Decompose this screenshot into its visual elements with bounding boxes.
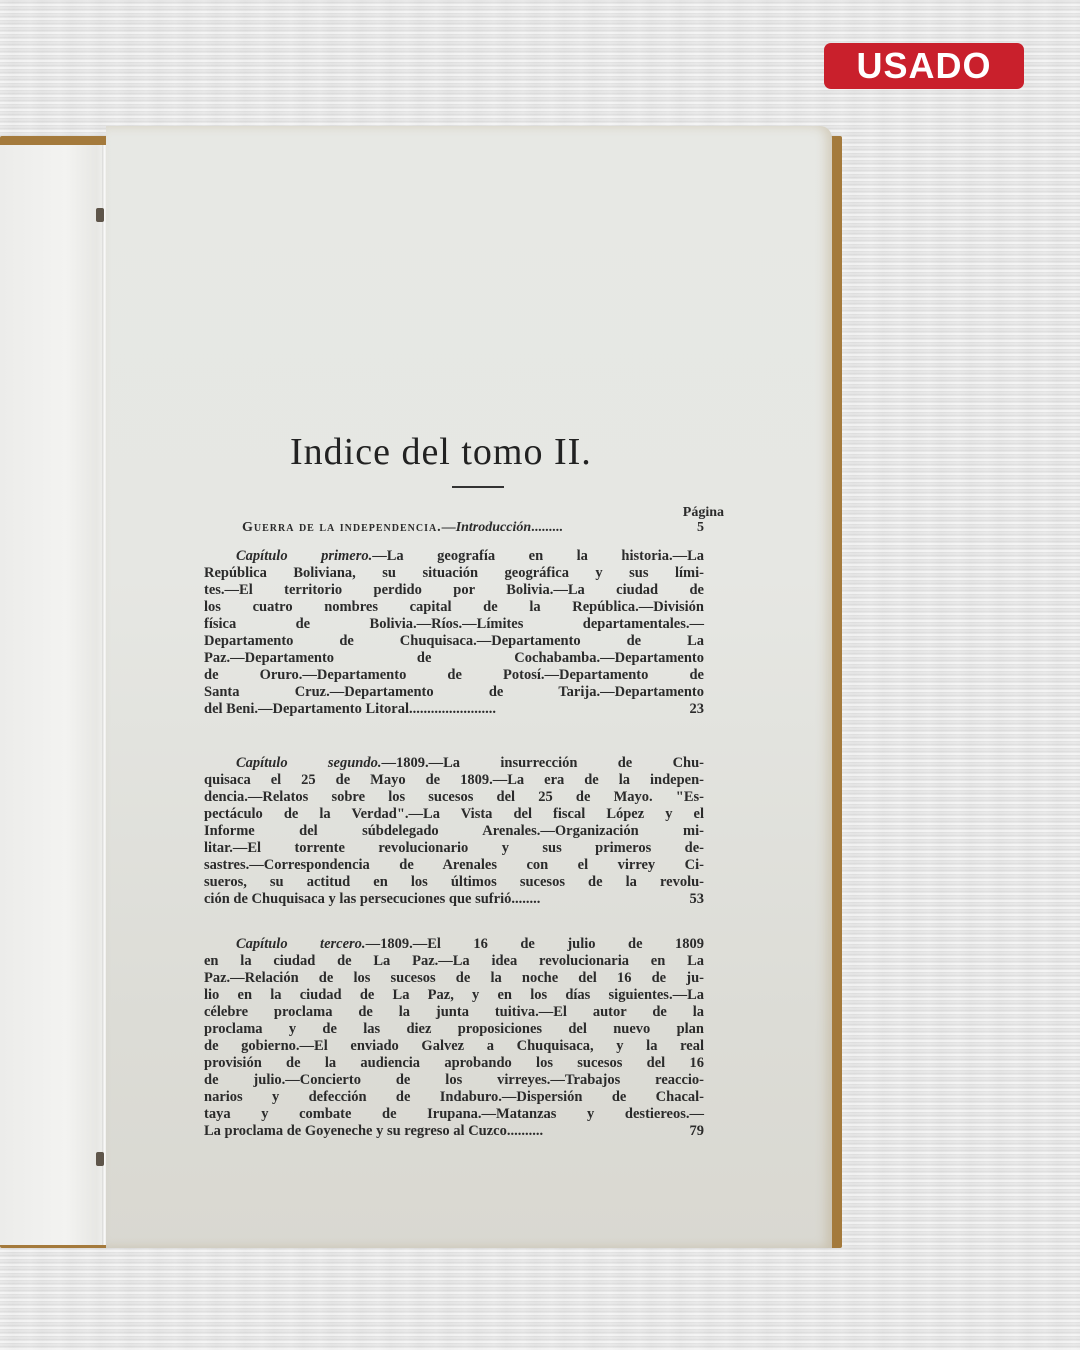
chapter-page-number: 79 [690,1123,705,1140]
chapter-line: sastres.—Correspondencia de Arenales con… [204,857,704,874]
chapter-line: narios y defección de Indaburo.—Dispersi… [204,1089,704,1106]
chapter-line: Informe del súbdelegado Arenales.—Organi… [204,823,704,840]
chapter-line: tes.—El territorio perdido por Bolivia.—… [204,582,704,599]
title-rule [452,486,504,488]
chapter-entry-3: Capítulo tercero.—1809.—El 16 de julio d… [204,936,704,1140]
chapter-line: lio en la ciudad de La Paz, y en los día… [204,987,704,1004]
staple-icon [96,1152,104,1166]
staple-icon [96,208,104,222]
chapter-line: litar.—El torrente revolucionario y sus … [204,840,704,857]
chapter-label: Capítulo segundo. [236,755,381,771]
chapter-entry-2: Capítulo segundo.—1809.—La insurrección … [204,755,704,908]
chapter-line: los cuatro nombres capital de la Repúbli… [204,599,704,616]
chapter-line: física de Bolivia.—Ríos.—Límites departa… [204,616,704,633]
chapter-line: —1809.—El 16 de julio de 1809 [366,936,704,952]
used-condition-badge: USADO [824,43,1024,89]
chapter-line: —1809.—La insurrección de Chu- [381,755,704,771]
chapter-page-number: 23 [690,701,705,718]
section-page-number: 5 [697,520,704,536]
chapter-line: en la ciudad de La Paz.—La idea revoluci… [204,953,704,970]
chapter-line: de julio.—Concierto de los virreyes.—Tra… [204,1072,704,1089]
chapter-line: Departamento de Chuquisaca.—Departamento… [204,633,704,650]
section-entry: Guerra de la independencia.—Introducción… [242,520,704,536]
chapter-entry-1: Capítulo primero.—La geografía en la his… [204,548,704,718]
chapter-line: provisión de la audiencia aprobando los … [204,1055,704,1072]
left-page [0,145,110,1245]
chapter-line: quisaca el 25 de Mayo de 1809.—La era de… [204,772,704,789]
chapter-line: taya y combate de Irupana.—Matanzas y de… [204,1106,704,1123]
chapter-line: Paz.—Relación de los sucesos de la noche… [204,970,704,987]
chapter-page-number: 53 [690,891,705,908]
chapter-line: célebre proclama de la junta tuitiva.—El… [204,1004,704,1021]
chapter-line: —La geografía en la historia.—La [372,548,704,564]
book-spine-fold [102,145,105,1245]
chapter-label: Capítulo tercero. [236,936,366,952]
chapter-line: pectáculo de la Verdad".—La Vista del fi… [204,806,704,823]
chapter-line: del Beni.—Departamento Litoral..........… [204,701,496,717]
dot-leader: ......... [531,520,563,535]
chapter-line: Paz.—Departamento de Cochabamba.—Departa… [204,650,704,667]
chapter-line: La proclama de Goyeneche y su regreso al… [204,1123,543,1139]
section-subheading: —Introducción [442,520,531,535]
chapter-line: de gobierno.—El enviado Galvez a Chuquis… [204,1038,704,1055]
chapter-line: sueros, su actitud en los últimos suceso… [204,874,704,891]
chapter-line: proclama y de las diez proposiciones del… [204,1021,704,1038]
chapter-line: dencia.—Relatos sobre los sucesos del 25… [204,789,704,806]
chapter-line: Santa Cruz.—Departamento de Tarija.—Depa… [204,684,704,701]
section-heading: Guerra de la independencia. [242,520,442,535]
chapter-label: Capítulo primero. [236,548,372,564]
page-column-header: Página [683,505,724,521]
chapter-line: de Oruro.—Departamento de Potosí.—Depart… [204,667,704,684]
chapter-line: ción de Chuquisaca y las persecuciones q… [204,891,540,907]
chapter-line: República Boliviana, su situación geográ… [204,565,704,582]
page-title: Indice del tomo II. [290,430,650,474]
